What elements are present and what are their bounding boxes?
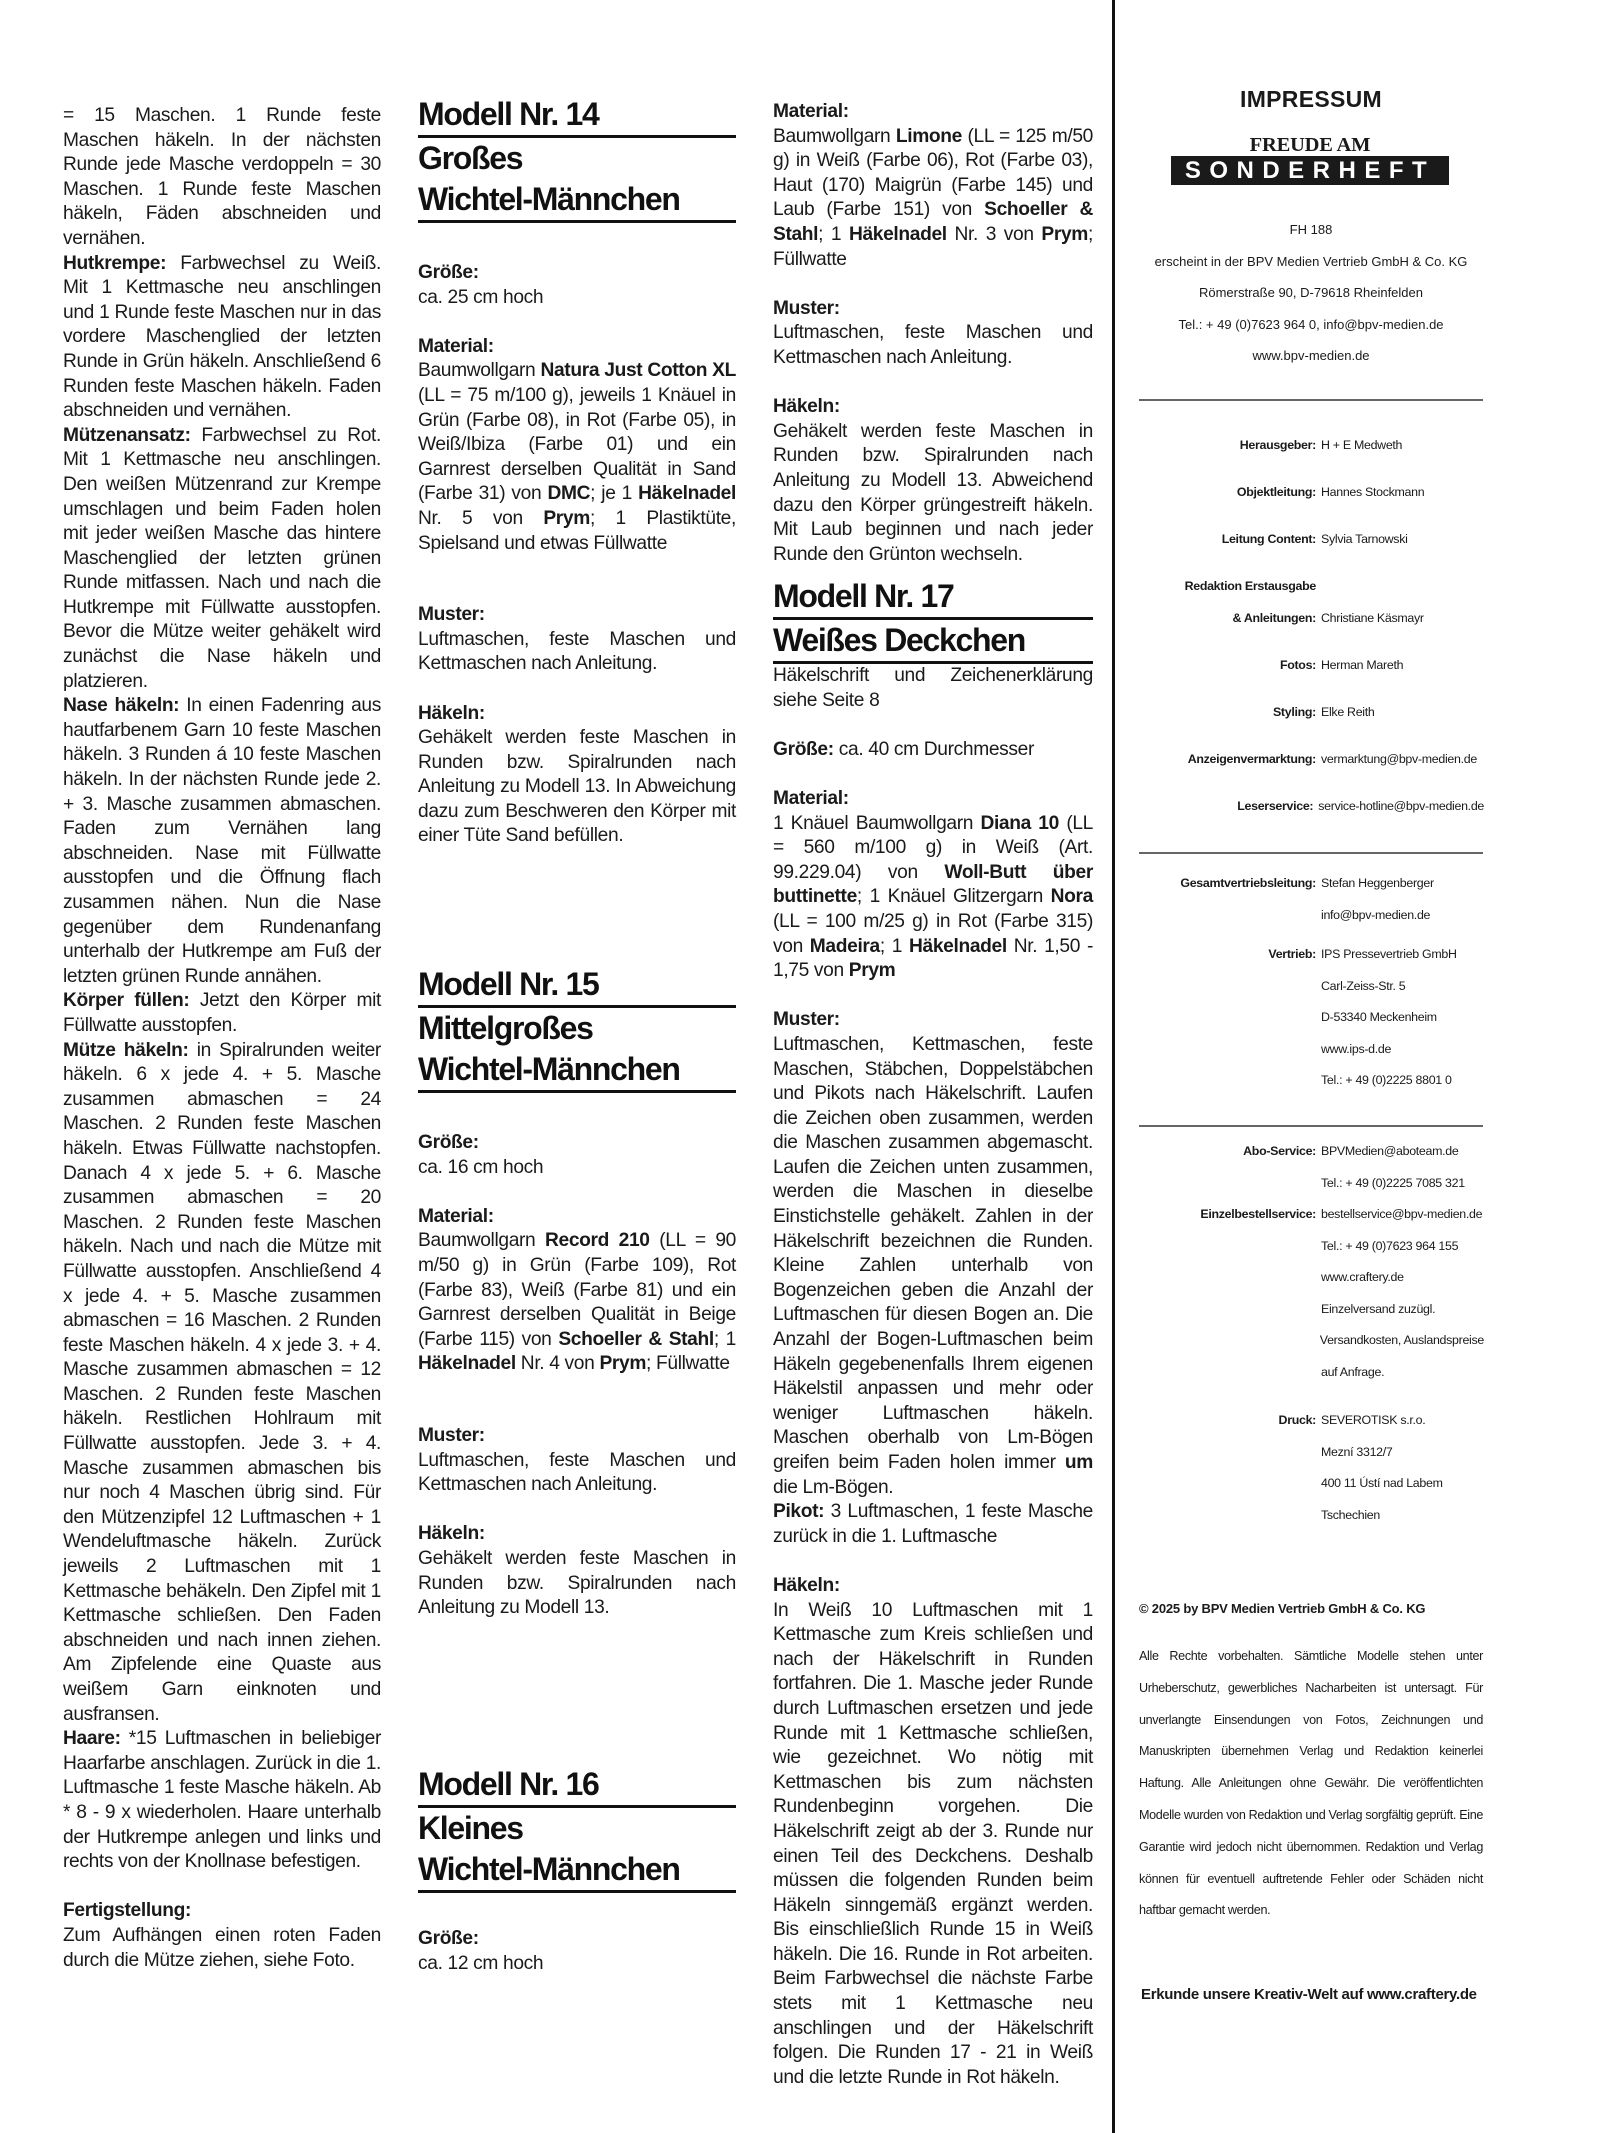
groesse-label: Größe:	[418, 1131, 736, 1156]
groesse-value: ca. 12 cm hoch	[418, 1952, 736, 1977]
material-text: 1 Knäuel Baumwollgarn Diana 10 (LL = 560…	[773, 812, 1093, 984]
modell-17-section: Modell Nr. 17 Weißes Deckchen Häkelschri…	[773, 576, 1093, 2090]
muster-label: Muster:	[773, 297, 1093, 322]
publisher-address: Römerstraße 90, D-79618 Rheinfelden	[1138, 277, 1484, 309]
publisher-website[interactable]: www.bpv-medien.de	[1138, 340, 1484, 372]
muetzenansatz-label: Mützenansatz:	[63, 425, 191, 446]
modell-15-section: Modell Nr. 15 Mittelgroßes Wichtel-Männc…	[418, 964, 736, 1621]
haekeln-label: Häkeln:	[773, 395, 1093, 420]
service-row: Abo-Service:BPVMedien@aboteam.de	[1138, 1136, 1484, 1168]
staff-row: & Anleitungen:Christiane Käsmayr	[1138, 603, 1484, 635]
staff-row: Fotos:Herman Mareth	[1138, 650, 1484, 682]
modell-14-section: Modell Nr. 14 Großes Wichtel-Männchen Gr…	[418, 94, 736, 849]
muetze-label: Mütze häkeln:	[63, 1040, 189, 1061]
modell-17-number: Modell Nr. 17	[773, 576, 1093, 617]
material-label: Material:	[418, 335, 736, 360]
staff-row: Leitung Content:Sylvia Tarnowski	[1138, 524, 1484, 556]
publisher-contact: Tel.: + 49 (0)7623 964 0, info@bpv-medie…	[1138, 309, 1484, 341]
print-row: Tschechien	[1138, 1500, 1484, 1532]
dist-row: D-53340 Meckenheim	[1138, 1002, 1484, 1034]
publisher-line: erscheint in der BPV Medien Vertrieb Gmb…	[1138, 246, 1484, 278]
modell-16-section: Modell Nr. 16 Kleines Wichtel-Männchen G…	[418, 1764, 736, 1976]
modell-15-title-1: Mittelgroßes	[418, 1008, 736, 1049]
order-email[interactable]: bestellservice@bpv-medien.de	[1321, 1199, 1484, 1231]
service-row: www.craftery.de	[1138, 1262, 1484, 1294]
groesse-value: ca. 16 cm hoch	[418, 1156, 736, 1181]
modell-15-number: Modell Nr. 15	[418, 964, 736, 1005]
service-row: auf Anfrage.	[1138, 1357, 1484, 1389]
staff-row: Herausgeber:H + E Medweth	[1138, 430, 1484, 462]
staff-row: Objektleitung:Hannes Stockmann	[1138, 477, 1484, 509]
muster-label: Muster:	[418, 603, 736, 628]
service-email[interactable]: service-hotline@bpv-medien.de	[1318, 791, 1484, 823]
brand-sonderheft: SONDERHEFT	[1171, 156, 1449, 185]
modell-15-title-2: Wichtel-Männchen	[418, 1049, 736, 1090]
muetze-paragraph: Mütze häkeln: in Spiralrunden weiter häk…	[63, 1039, 381, 1728]
hutkrempe-paragraph: Hutkrempe: Farbwechsel zu Weiß. Mit 1 Ke…	[63, 252, 381, 424]
modell-16-title-2: Wichtel-Männchen	[418, 1849, 736, 1890]
haekeln-text: Gehäkelt werden feste Maschen in Runden …	[418, 1547, 736, 1621]
muster-text: Luftmaschen, feste Maschen und Kettmasch…	[773, 321, 1093, 370]
hutkrempe-label: Hutkrempe:	[63, 253, 166, 274]
koerper-paragraph: Körper füllen: Jetzt den Körper mit Füll…	[63, 989, 381, 1038]
ads-email[interactable]: vermarktung@bpv-medien.de	[1321, 744, 1484, 776]
modell-17-title: Weißes Deckchen	[773, 620, 1093, 661]
services-list: Abo-Service:BPVMedien@aboteam.de Tel.: +…	[1138, 1136, 1484, 1388]
groesse-value: ca. 25 cm hoch	[418, 286, 736, 311]
modell-16-continued: Material: Baumwollgarn Limone (LL = 125 …	[773, 100, 1093, 567]
dist-row: Gesamtvertriebsleitung:Stefan Heggenberg…	[1138, 868, 1484, 900]
groesse-label: Größe:	[418, 261, 736, 286]
print-row: 400 11 Ústí nad Labem	[1138, 1468, 1484, 1500]
haekeln-text: Gehäkelt werden feste Maschen in Runden …	[773, 420, 1093, 568]
heading-rule	[418, 1890, 736, 1893]
publisher-info: FH 188 erscheint in der BPV Medien Vertr…	[1138, 214, 1484, 372]
service-row: Tel.: + 49 (0)7623 964 155	[1138, 1231, 1484, 1263]
intro-paragraph: = 15 Maschen. 1 Runde feste Maschen häke…	[63, 104, 381, 252]
muster-text: Luftmaschen, Kettmaschen, feste Maschen,…	[773, 1033, 1093, 1500]
dist-row: Vertrieb:IPS Pressevertrieb GmbH	[1138, 939, 1484, 971]
material-text: Baumwollgarn Record 210 (LL = 90 m/50 g)…	[418, 1229, 736, 1377]
nase-paragraph: Nase häkeln: In einen Fadenring aus haut…	[63, 694, 381, 989]
muster-text: Luftmaschen, feste Maschen und Kettmasch…	[418, 1449, 736, 1498]
print-list: Druck:SEVEROTISK s.r.o. Mezní 3312/7 400…	[1138, 1405, 1484, 1531]
haekeln-text: Gehäkelt werden feste Maschen in Runden …	[418, 726, 736, 849]
column-divider	[1112, 0, 1115, 2133]
fertigstellung-heading: Fertigstellung:	[63, 1899, 381, 1924]
staff-row: Leserservice:service-hotline@bpv-medien.…	[1138, 791, 1484, 823]
material-label: Material:	[418, 1205, 736, 1230]
muetzenansatz-paragraph: Mützenansatz: Farbwechsel zu Rot. Mit 1 …	[63, 424, 381, 695]
fertigstellung-text: Zum Aufhängen einen roten Faden durch di…	[63, 1924, 381, 1973]
haare-paragraph: Haare: *15 Luftmaschen in beliebiger Haa…	[63, 1727, 381, 1875]
groesse-line: Größe: ca. 40 cm Durchmesser	[773, 738, 1093, 763]
groesse-label: Größe:	[418, 1927, 736, 1952]
pikot-paragraph: Pikot: 3 Luftmaschen, 1 feste Masche zur…	[773, 1500, 1093, 1549]
service-row: Einzelbestellservice:bestellservice@bpv-…	[1138, 1199, 1484, 1231]
column-1-instructions: = 15 Maschen. 1 Runde feste Maschen häke…	[63, 104, 381, 1973]
haekeln-label: Häkeln:	[418, 702, 736, 727]
craftery-link[interactable]: www.craftery.de	[1321, 1262, 1484, 1294]
issue-number: FH 188	[1138, 214, 1484, 246]
footer-craftery[interactable]: Erkunde unsere Kreativ-Welt auf www.craf…	[1141, 1986, 1501, 2003]
staff-row: Anzeigenvermarktung:vermarktung@bpv-medi…	[1138, 744, 1484, 776]
service-row: Tel.: + 49 (0)2225 7085 321	[1138, 1168, 1484, 1200]
ips-website[interactable]: www.ips-d.de	[1321, 1034, 1484, 1066]
modell-14-number: Modell Nr. 14	[418, 94, 736, 135]
staff-list: Herausgeber:H + E Medweth Objektleitung:…	[1138, 430, 1484, 822]
dist-row: Carl-Zeiss-Str. 5	[1138, 971, 1484, 1003]
rights-notice: Alle Rechte vorbehalten. Sämtliche Model…	[1139, 1641, 1483, 1927]
material-text: Baumwollgarn Limone (LL = 125 m/50 g) in…	[773, 125, 1093, 273]
heading-rule	[418, 1090, 736, 1093]
print-row: Druck:SEVEROTISK s.r.o.	[1138, 1405, 1484, 1437]
muster-text: Luftmaschen, feste Maschen und Kettmasch…	[418, 628, 736, 677]
material-text: Baumwollgarn Natura Just Cotton XL (LL =…	[418, 359, 736, 556]
modell-17-intro: Häkelschrift und Zeichenerklärung siehe …	[773, 664, 1093, 713]
impressum-title: IMPRESSUM	[1138, 86, 1484, 113]
koerper-label: Körper füllen:	[63, 990, 189, 1011]
service-row: Einzelversand zuzügl.	[1138, 1294, 1484, 1326]
dist-row: info@bpv-medien.de	[1138, 900, 1484, 932]
muster-label: Muster:	[418, 1424, 736, 1449]
dist-email[interactable]: info@bpv-medien.de	[1321, 900, 1484, 932]
staff-row: Redaktion Erstausgabe	[1138, 571, 1484, 603]
modell-14-title-2: Wichtel-Männchen	[418, 179, 736, 220]
modell-16-title-1: Kleines	[418, 1808, 736, 1849]
separator	[1139, 399, 1483, 401]
print-row: Mezní 3312/7	[1138, 1437, 1484, 1469]
copyright: © 2025 by BPV Medien Vertrieb GmbH & Co.…	[1139, 1601, 1483, 1616]
separator	[1139, 852, 1483, 854]
staff-row: Styling:Elke Reith	[1138, 697, 1484, 729]
haekeln-text: In Weiß 10 Luftmaschen mit 1 Kettmasche …	[773, 1599, 1093, 2091]
modell-14-title-1: Großes	[418, 138, 736, 179]
material-label: Material:	[773, 100, 1093, 125]
nase-label: Nase häkeln:	[63, 695, 179, 716]
haekeln-label: Häkeln:	[773, 1574, 1093, 1599]
haare-label: Haare:	[63, 1728, 121, 1749]
dist-row: www.ips-d.de	[1138, 1034, 1484, 1066]
muster-label: Muster:	[773, 1008, 1093, 1033]
separator	[1139, 1125, 1483, 1127]
dist-row: Tel.: + 49 (0)2225 8801 0	[1138, 1065, 1484, 1097]
modell-16-number: Modell Nr. 16	[418, 1764, 736, 1805]
haekeln-label: Häkeln:	[418, 1522, 736, 1547]
heading-rule	[418, 220, 736, 223]
service-row: Versandkosten, Auslandspreise	[1138, 1325, 1484, 1357]
material-label: Material:	[773, 787, 1093, 812]
distribution-list: Gesamtvertriebsleitung:Stefan Heggenberg…	[1138, 868, 1484, 1097]
abo-email[interactable]: BPVMedien@aboteam.de	[1321, 1136, 1484, 1168]
